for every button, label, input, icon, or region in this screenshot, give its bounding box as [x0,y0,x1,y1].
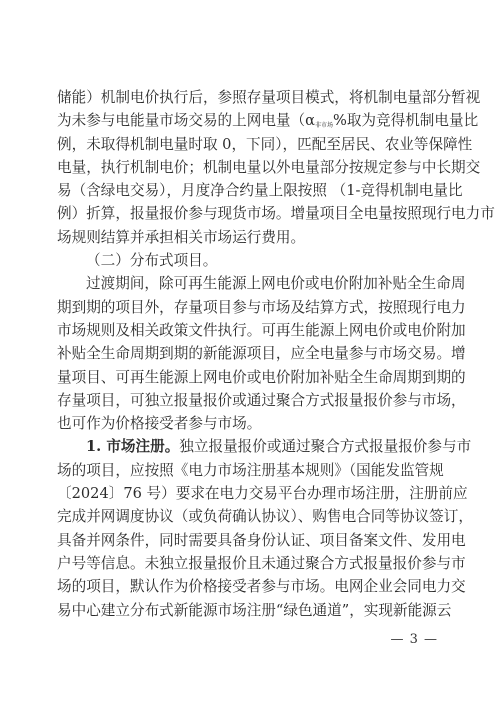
text-line: 电量，执行机制电价；机制电量以外电量部分按规定参与中长期交 [57,156,438,179]
text-line: 易（含绿电交易），月度净合约量上限按照 （1-竞得机制电量比 [57,179,438,202]
text-line: 例）折算，报量报价参与现货市场。增量项目全电量按照现行电力市 [57,202,438,225]
text-line: 存量项目，可独立报量报价或通过聚合方式报量报价参与市场， [57,389,438,412]
alpha-subscript: 非市场 [315,122,333,129]
text-line: 户号等信息。未独立报量报价且未通过聚合方式报量报价参与市 [57,552,438,575]
text-line: 例，未取得机制电量时取 0，下同），匹配至居民、农业等保障性 [57,133,438,156]
text-line: 具备并网条件，同时需要具备身份认证、项目备案文件、发用电 [57,529,438,552]
text-line: 储能）机制电价执行后，参照存量项目模式，将机制电量部分暂视 [57,86,438,109]
section-heading: （二）分布式项目。 [57,249,438,272]
text-line: 也可作为价格接受者参与市场。 [57,412,438,435]
text-line: 量项目、可再生能源上网电价或电价附加补贴全生命周期到期的 [57,366,438,389]
text-line: 期到期的项目外，存量项目参与市场及结算方式，按照现行电力 [57,296,438,319]
text-segment: 为未参与电能量市场交易的上网电量（α [57,112,315,129]
document-page: 储能）机制电价执行后，参照存量项目模式，将机制电量部分暂视 为未参与电能量市场交… [0,0,500,706]
text-line: 补贴全生命周期到期的新能源项目，应全电量参与市场交易。增 [57,342,438,365]
text-line: 市场规则及相关政策文件执行。可再生能源上网电价或电价附加 [57,319,438,342]
body-text: 储能）机制电价执行后，参照存量项目模式，将机制电量部分暂视 为未参与电能量市场交… [57,86,438,622]
subsection-lead: 1. 市场注册。 [86,438,179,455]
text-line-alpha: 为未参与电能量市场交易的上网电量（α非市场%取为竞得机制电量比 [57,109,438,132]
page-number: — 3 — [380,632,438,647]
text-segment: %取为竞得机制电量比 [333,112,478,129]
text-line: 场的项目，应按照《电力市场注册基本规则》（国能发监管规 [57,459,438,482]
text-line: 完成并网调度协议（或负荷确认协议）、购售电合同等协议签订， [57,505,438,528]
text-line-with-lead: 1. 市场注册。独立报量报价或通过聚合方式报量报价参与市 [57,435,438,458]
text-line: 场的项目，默认作为价格接受者参与市场。电网企业会同电力交 [57,575,438,598]
text-line: 〔2024〕76 号）要求在电力交易平台办理市场注册，注册前应 [57,482,438,505]
text-line: 过渡期间，除可再生能源上网电价或电价附加补贴全生命周 [57,272,438,295]
text-segment: 独立报量报价或通过聚合方式报量报价参与市 [179,438,471,455]
text-line: 场规则结算并承担相关市场运行费用。 [57,226,438,249]
text-line: 易中心建立分布式新能源市场注册“绿色通道”，实现新能源云 [57,599,438,622]
